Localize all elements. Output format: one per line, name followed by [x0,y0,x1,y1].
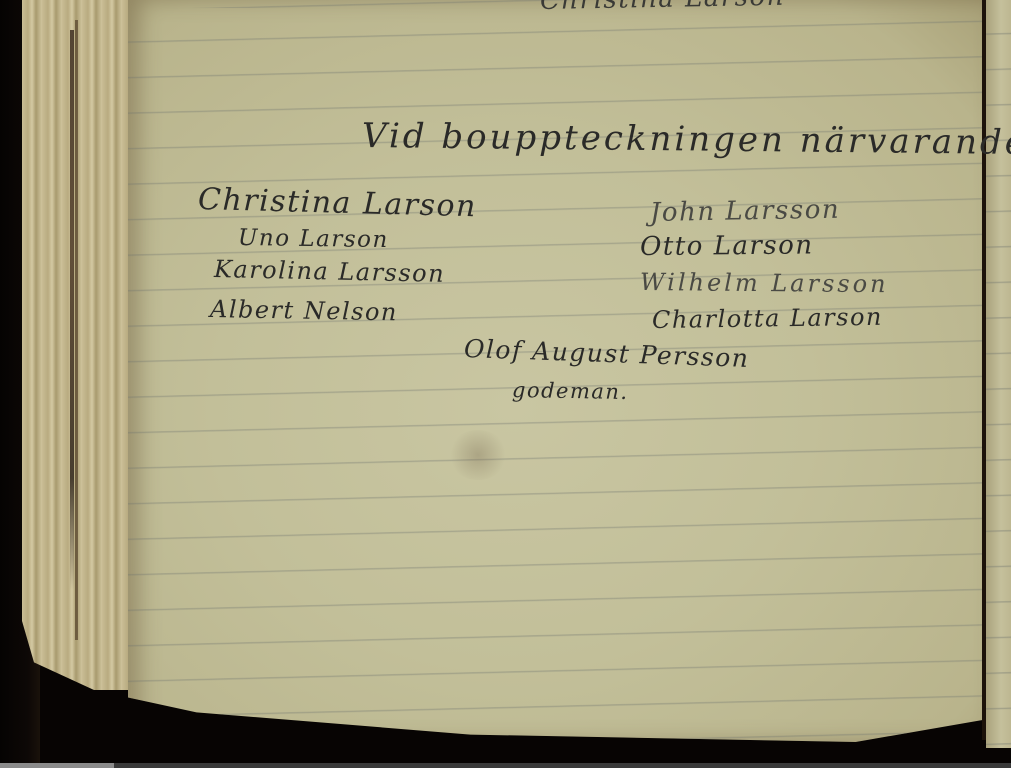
facing-page-edge [986,0,1011,748]
scrollbar-thumb[interactable] [0,763,114,768]
signature-left-3: Karolina Larsson [214,255,446,288]
signature-left-1: Christina Larson [198,182,478,224]
signature-left-4: Albert Nelson [210,295,398,326]
signature-right-3: Wilhelm Larsson [640,268,889,298]
page-heading: Vid bouppteckningen närvarande: [362,116,1011,163]
signature-right-1: John Larsson [650,195,841,228]
signature-left-2: Uno Larson [238,225,389,253]
page-edges-stack [22,0,142,690]
document-viewer: Christina Larson Vid bouppteckningen när… [0,0,1011,768]
signature-right-4: Charlotta Larson [652,303,883,334]
paper-stain [448,430,508,480]
ruled-lines [128,0,984,742]
ledger-page [128,0,984,742]
horizontal-scrollbar[interactable] [0,763,1011,768]
page-edge-crease [75,20,78,640]
signature-right-2: Otto Larson [640,230,814,262]
signature-center-role: godeman. [512,378,629,404]
